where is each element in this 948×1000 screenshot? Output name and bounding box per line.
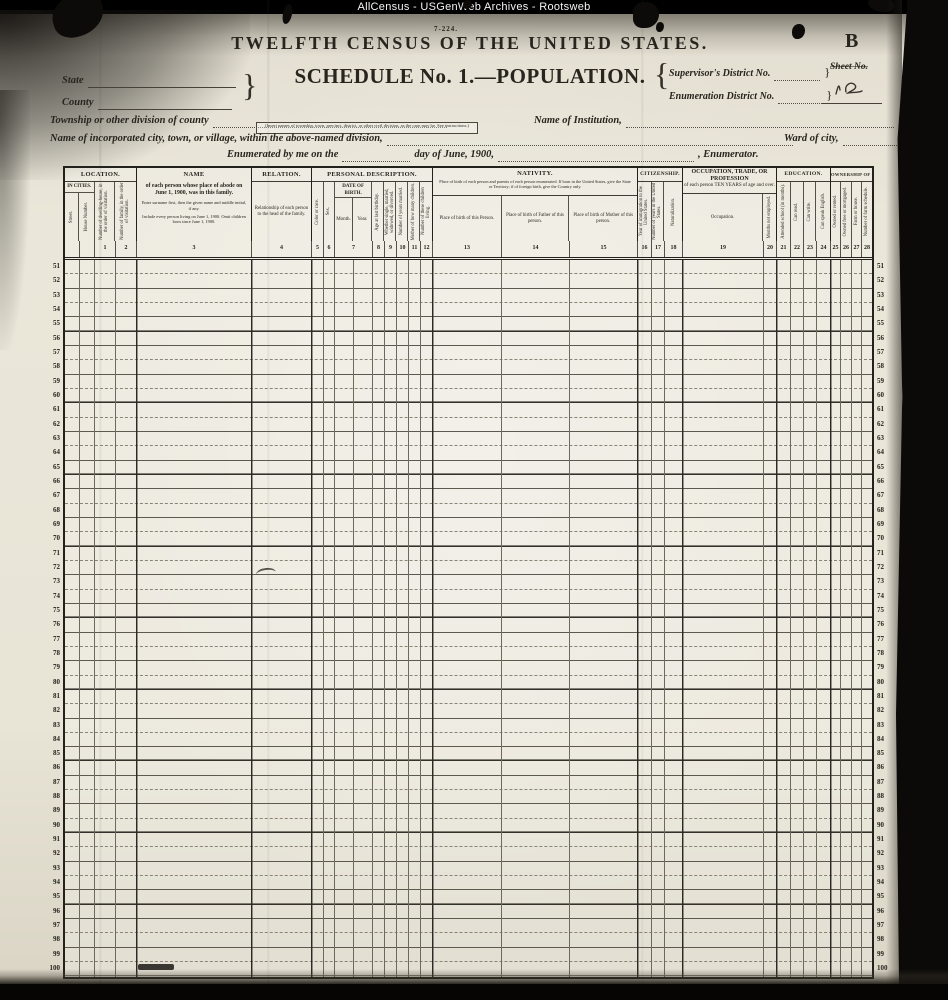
row-number: 54 [44,303,60,317]
column-number: 28 [862,241,872,257]
grid-column [852,260,862,977]
enumerated-suffix: , Enumerator. [698,149,758,160]
grid-column [324,260,335,977]
col-mother-of-children: Mother of how many children. [408,182,420,241]
grid-column [862,260,872,977]
row-number: 53 [44,289,60,303]
grid-column [354,260,373,977]
col-dwelling-number: Number of dwelling-house, in the order o… [95,182,116,241]
grid-column [841,260,852,977]
name-column-description: of each person whose place of abode on J… [137,181,251,227]
group-occupation: OCCUPATION, TRADE, OR PROFESSION of each… [683,168,777,241]
grid-column [665,260,683,977]
census-table: LOCATION. IN CITIES. Street. House Numbe… [63,166,874,979]
group-location: LOCATION. IN CITIES. Street. House Numbe… [65,168,137,241]
grid-column [791,260,804,977]
column-number: 13 [433,241,502,257]
group-ownership-label: OWNERSHIP OF HOME. [831,168,872,182]
group-citizenship: CITIZENSHIP. Year of immigration to the … [638,168,683,241]
grid-column [116,260,137,977]
column-number: 1 [95,241,116,257]
row-number: 75 [44,604,60,618]
row-number: 85 [44,747,60,761]
supervisor-district-label: Supervisor's District No. [669,68,770,79]
state-input-line [88,76,236,88]
group-relation-label: RELATION. [252,168,311,182]
column-number: 11 [409,241,421,257]
corner-letter: B [845,30,858,53]
row-number: 56 [44,332,60,346]
in-cities-block: IN CITIES. Street. House Number. [65,182,95,241]
row-number: 67 [44,489,60,503]
enumerated-day-line [342,150,410,162]
enumerator-name-line [498,150,694,162]
group-ownership: OWNERSHIP OF HOME. Owned or rented. Owne… [831,168,872,241]
col-date-of-birth: DATE OF BIRTH. Month. Year. [335,182,373,241]
enumerated-prefix: Enumerated by me on the [227,149,338,160]
group-personal-label: PERSONAL DESCRIPTION. [312,168,432,182]
grid-column [831,260,841,977]
grid-column [817,260,831,977]
row-number: 81 [44,690,60,704]
grid-column [373,260,385,977]
col-attended-school: Attended school (in months). [777,182,791,241]
column-number: 2 [116,241,137,257]
column-number: 10 [397,241,409,257]
relation-description: Relationship of each person to the head … [252,182,311,241]
row-number: 99 [44,948,60,962]
state-county-brace: } [242,69,257,101]
grid-column [252,260,312,977]
group-name-label: NAME [137,168,251,181]
col-farm-house: Farm or house. [852,182,862,241]
row-number: 94 [44,876,60,890]
col-house-number: House Number. [79,193,93,241]
row-number: 83 [44,719,60,733]
column-number: 4 [252,241,312,257]
row-number: 79 [44,661,60,675]
row-number: 93 [44,862,60,876]
in-cities-label: IN CITIES. [65,182,94,193]
col-farm-schedule: Number of farm schedule. [862,182,872,241]
row-number: 77 [44,633,60,647]
col-naturalization: Naturalization. [664,182,682,241]
row-number: 57 [44,346,60,360]
county-label: County [62,97,94,108]
grid-column [652,260,665,977]
institution-field: Name of Institution, [534,110,894,128]
row-number: 66 [44,475,60,489]
township-label: Township or other division of county [50,115,209,126]
grid-column [137,260,252,977]
column-number: 24 [817,241,831,257]
col-can-speak-english: Can speak English. [816,182,830,241]
row-number: 59 [44,375,60,389]
group-citizenship-label: CITIZENSHIP. [638,168,682,182]
col-birthplace-mother: Place of birth of Mother of this person. [569,196,637,241]
column-number: 6 [324,241,335,257]
column-number: 20 [764,241,777,257]
row-number: 87 [44,776,60,790]
column-number [80,241,95,257]
row-number: 58 [44,360,60,374]
county-input-line [98,98,232,110]
group-relation: RELATION. Relationship of each person to… [252,168,312,241]
county-field: County [62,92,232,110]
occupation-subtitle: of each person TEN YEARS of age and over… [683,183,776,189]
col-marital-status: Whether single, married, widowed, or div… [384,182,396,241]
row-number: 55 [44,317,60,331]
col-street: Street. [65,193,79,241]
column-number: 16 [638,241,652,257]
row-number: 72 [44,561,60,575]
enumeration-district-field: Enumeration District No. } [669,86,832,104]
column-number [65,241,80,257]
column-number: 22 [791,241,804,257]
district-brace: { [654,58,669,90]
grid-column [502,260,570,977]
ward-label: Ward of city, [784,133,839,144]
col-birth-year: Year. [353,198,371,241]
row-number: 62 [44,418,60,432]
row-number: 80 [44,676,60,690]
grid-column [638,260,652,977]
row-number: 64 [44,446,60,460]
column-number: 27 [852,241,862,257]
row-number: 65 [44,461,60,475]
row-number: 90 [44,819,60,833]
form-number: 7-224. [0,25,892,33]
name-desc-line1: of each person whose place of abode on J… [140,183,248,197]
col-children-living: Number of these children living. [420,182,432,241]
group-education-label: EDUCATION. [777,168,830,182]
row-number: 88 [44,790,60,804]
scan-edge-bottom [0,984,948,1000]
row-number: 98 [44,933,60,947]
group-nativity-label: NATIVITY. [433,168,637,179]
grid-column [764,260,777,977]
col-free-mortgaged: Owned free or mortgaged. [841,182,852,241]
grid-column [433,260,502,977]
group-occupation-label: OCCUPATION, TRADE, OR PROFESSION [683,169,776,183]
row-number: 76 [44,618,60,632]
column-number: 17 [652,241,665,257]
row-number: 69 [44,518,60,532]
row-number: 63 [44,432,60,446]
enumeration-district-line [778,92,822,104]
col-occupation: Occupation. [683,194,763,241]
row-number: 78 [44,647,60,661]
row-number: 74 [44,590,60,604]
row-number: 96 [44,905,60,919]
column-number: 26 [841,241,852,257]
grid-column [65,260,80,977]
grid-column [385,260,397,977]
sheet-no-label: Sheet No. [830,62,868,72]
name-desc-note2: Include every person living on June 1, 1… [140,214,248,225]
column-number: 19 [683,241,764,257]
column-number: 25 [831,241,841,257]
name-desc-note1: Enter surname first, then the given name… [140,200,248,211]
col-can-write: Can write. [804,182,817,241]
column-number: 15 [570,241,638,257]
column-number: 8 [373,241,385,257]
column-number: 5 [312,241,324,257]
table-body [65,260,872,977]
col-years-married: Number of years married. [396,182,408,241]
col-can-read: Can read. [791,182,804,241]
column-number: 3 [137,241,252,257]
enumerated-line: Enumerated by me on the day of June, 190… [227,144,758,162]
state-field: State [62,70,236,88]
nativity-note: Place of birth of each person and parent… [433,179,637,196]
col-years-in-us: Number of years in the United States. [652,182,665,241]
supervisor-district-field: Supervisor's District No. } [669,63,830,81]
grid-columns [65,260,872,977]
row-number: 95 [44,890,60,904]
table-header: LOCATION. IN CITIES. Street. House Numbe… [65,168,872,241]
grid-column [397,260,409,977]
col-birthplace-person: Place of birth of this Person. [433,196,502,241]
group-education: EDUCATION. Attended school (in months). … [777,168,831,241]
row-number: 91 [44,833,60,847]
grid-column [80,260,95,977]
row-number: 68 [44,504,60,518]
col-color-race: Color or race. [312,182,324,241]
state-label: State [62,75,84,86]
column-number: 9 [385,241,397,257]
col-birthplace-father: Place of birth of Father of this person. [502,196,570,241]
col-birth-month: Month. [335,198,353,241]
row-number: 84 [44,733,60,747]
row-number: 51 [44,260,60,274]
archive-banner-text: AllCensus - USGenWeb Archives - Rootsweb [357,1,590,13]
grid-column [777,260,791,977]
grid-column [683,260,764,977]
column-number: 18 [665,241,683,257]
grid-column [95,260,116,977]
column-number: 14 [502,241,570,257]
col-family-number: Number of family, in the order of visita… [115,182,136,241]
census-scan-page: AllCensus - USGenWeb Archives - Rootsweb… [0,0,948,1000]
handwritten-sheet-number [822,78,880,98]
scan-edge-right [896,0,948,992]
grid-column [804,260,817,977]
row-number: 60 [44,389,60,403]
scan-edge-bottom-fade [0,969,948,984]
row-number: 71 [44,547,60,561]
grid-column [312,260,324,977]
row-number: 97 [44,919,60,933]
col-owned-rented: Owned or rented. [831,182,841,241]
row-number: 61 [44,403,60,417]
row-number: 89 [44,804,60,818]
institution-input-line [626,116,894,128]
scan-shadow-left [0,90,30,350]
city-label: Name of incorporated city, town, or vill… [50,133,383,144]
grid-column [409,260,421,977]
row-number: 73 [44,575,60,589]
column-number: 23 [804,241,817,257]
group-location-label: LOCATION. [65,168,136,182]
group-nativity: NATIVITY. Place of birth of each person … [433,168,638,241]
col-age: Age at last birthday. [372,182,384,241]
sheet-no-value [822,78,882,104]
row-number: 70 [44,532,60,546]
group-personal-description: PERSONAL DESCRIPTION. Color or race. Sex… [312,168,433,241]
grid-column [421,260,433,977]
column-number: 21 [777,241,791,257]
grid-column [335,260,354,977]
grid-column [570,260,638,977]
enumerated-mid: day of June, 1900, [414,149,494,160]
row-number: 92 [44,847,60,861]
column-number: 7 [335,241,373,257]
col-immigration-year: Year of immigration to the United States… [638,182,652,241]
col-sex: Sex. [324,182,335,241]
column-number: 12 [421,241,433,257]
row-number: 52 [44,274,60,288]
row-number: 82 [44,704,60,718]
supervisor-district-line [774,69,820,81]
dob-label: DATE OF BIRTH. [335,182,372,198]
col-months-not-employed: Months not employed. [763,194,776,241]
enumeration-district-label: Enumeration District No. [669,91,774,102]
row-number-rail-left: 5152535455565758596061626364656667686970… [44,260,60,976]
group-name: NAME of each person whose place of abode… [137,168,252,241]
institution-label: Name of Institution, [534,115,622,126]
row-number: 86 [44,761,60,775]
column-number-row: 1 2 3 4 5 6 7 8 9 10 11 12 13 14 15 16 1… [65,241,872,260]
ward-field: Ward of city, [784,128,899,146]
